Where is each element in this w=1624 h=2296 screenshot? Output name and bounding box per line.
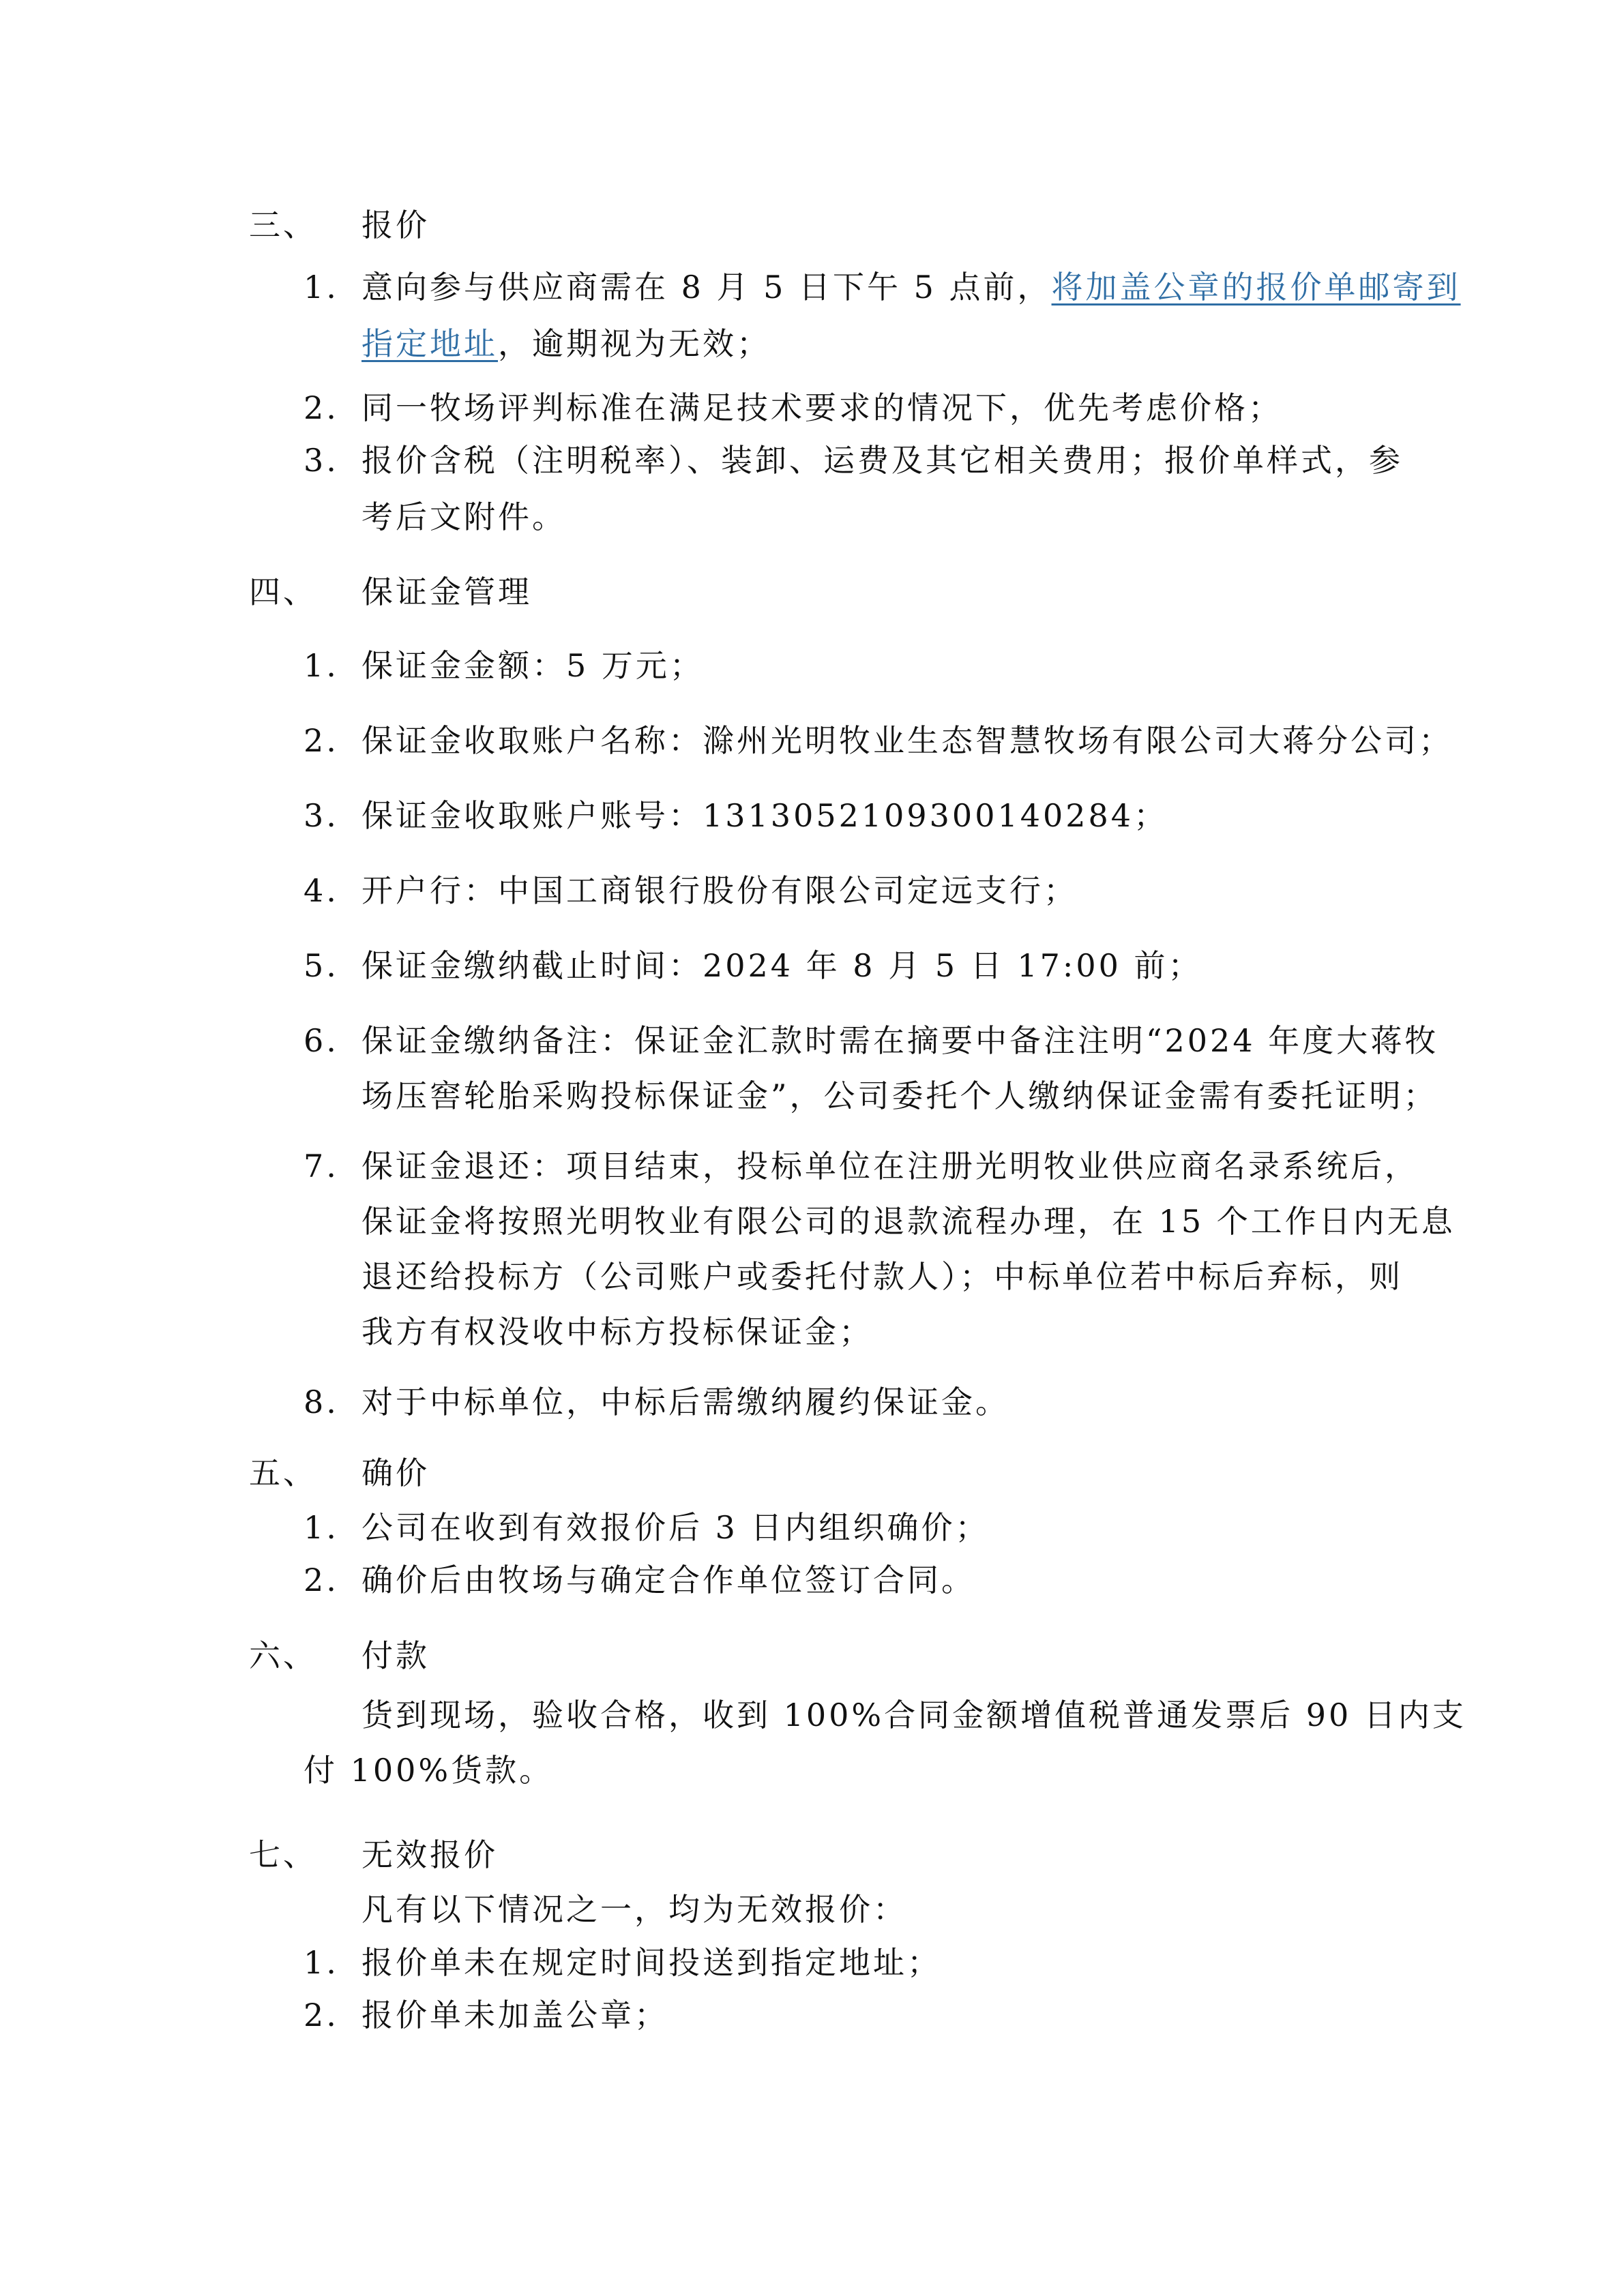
s5-item-1-text: 公司在收到有效报价后 3 日内组织确价； xyxy=(361,1507,990,1548)
s3-item-1-line-1: 意向参与供应商需在 8 月 5 日下午 5 点前，将加盖公章的报价单邮寄到 xyxy=(361,267,1461,308)
s3-item-1-number: 1. xyxy=(304,267,339,308)
section-3-number: 三、 xyxy=(249,205,317,245)
s7-item-1-number: 1. xyxy=(304,1942,339,1983)
s4-item-7-line-2: 保证金将按照光明牧业有限公司的退款流程办理，在 15 个工作日内无息 xyxy=(361,1201,1456,1242)
s5-item-2-text: 确价后由牧场与确定合作单位签订合同。 xyxy=(361,1560,975,1600)
s4-item-7-line-4: 我方有权没收中标方投标保证金； xyxy=(361,1311,873,1352)
section-6-title: 付款 xyxy=(361,1635,430,1676)
s7-item-2-number: 2. xyxy=(304,1995,339,2036)
s4-item-1-number: 1. xyxy=(304,645,339,686)
section-5-title: 确价 xyxy=(361,1452,430,1493)
s3-item-1-line-2: 指定地址，逾期视为无效； xyxy=(361,323,771,364)
s4-item-7-number: 7. xyxy=(304,1146,339,1187)
mail-address-link-cont[interactable]: 指定地址 xyxy=(361,325,498,362)
s6-paragraph-line-1: 货到现场，验收合格，收到 100%合同金额增值税普通发票后 90 日内支 xyxy=(361,1695,1466,1735)
s3-item-3-number: 3. xyxy=(304,440,339,481)
s4-item-3-text: 保证金收取账户账号：1313052109300140284； xyxy=(361,795,1168,836)
s5-item-1-number: 1. xyxy=(304,1507,339,1548)
section-4-number: 四、 xyxy=(249,571,317,612)
s4-item-4-text: 开户行：中国工商银行股份有限公司定远支行； xyxy=(361,870,1078,911)
s4-item-6-number: 6. xyxy=(304,1020,339,1061)
section-4-title: 保证金管理 xyxy=(361,571,532,612)
s7-intro: 凡有以下情况之一，均为无效报价： xyxy=(361,1889,907,1930)
s4-item-4-number: 4. xyxy=(304,870,339,911)
s3-item-1-text-after: ，逾期视为无效； xyxy=(498,325,771,362)
s3-item-3-line-1: 报价含税（注明税率）、装卸、运费及其它相关费用；报价单样式，参 xyxy=(361,440,1403,481)
s3-item-3-line-2: 考后文附件。 xyxy=(361,496,566,537)
s7-item-1-text: 报价单未在规定时间投送到指定地址； xyxy=(361,1942,941,1983)
section-6-number: 六、 xyxy=(249,1635,317,1676)
s4-item-1-text: 保证金金额：5 万元； xyxy=(361,645,704,686)
s3-item-2-number: 2. xyxy=(304,387,339,428)
s4-item-7-line-1: 保证金退还：项目结束，投标单位在注册光明牧业供应商名录系统后， xyxy=(361,1146,1419,1187)
s4-item-2-number: 2. xyxy=(304,720,339,761)
s4-item-8-text: 对于中标单位，中标后需缴纳履约保证金。 xyxy=(361,1382,1009,1422)
s4-item-2-text: 保证金收取账户名称：滁州光明牧业生态智慧牧场有限公司大蒋分公司； xyxy=(361,720,1453,761)
s6-paragraph-line-2: 付 100%货款。 xyxy=(304,1750,553,1791)
s4-item-3-number: 3. xyxy=(304,795,339,836)
section-7-number: 七、 xyxy=(249,1834,317,1875)
s4-item-8-number: 8. xyxy=(304,1382,339,1422)
s7-item-2-text: 报价单未加盖公章； xyxy=(361,1995,668,2036)
document-page: 三、 报价 1. 意向参与供应商需在 8 月 5 日下午 5 点前，将加盖公章的… xyxy=(0,0,1624,2296)
mail-address-link[interactable]: 将加盖公章的报价单邮寄到 xyxy=(1052,269,1461,305)
s4-item-6-line-2: 场压窖轮胎采购投标保证金”，公司委托个人缴纳保证金需有委托证明； xyxy=(361,1075,1438,1116)
s4-item-7-line-3: 退还给投标方（公司账户或委托付款人）；中标单位若中标后弃标，则 xyxy=(361,1256,1403,1297)
s4-item-6-line-1: 保证金缴纳备注：保证金汇款时需在摘要中备注注明“2024 年度大蒋牧 xyxy=(361,1020,1438,1061)
section-3-title: 报价 xyxy=(361,205,430,245)
s3-item-1-text: 意向参与供应商需在 8 月 5 日下午 5 点前， xyxy=(361,269,1052,305)
section-7-title: 无效报价 xyxy=(361,1834,498,1875)
s4-item-5-number: 5. xyxy=(304,945,339,986)
s3-item-2-text: 同一牧场评判标准在满足技术要求的情况下，优先考虑价格； xyxy=(361,387,1282,428)
section-5-number: 五、 xyxy=(249,1452,317,1493)
s4-item-5-text: 保证金缴纳截止时间：2024 年 8 月 5 日 17:00 前； xyxy=(361,945,1202,986)
s5-item-2-number: 2. xyxy=(304,1560,339,1600)
